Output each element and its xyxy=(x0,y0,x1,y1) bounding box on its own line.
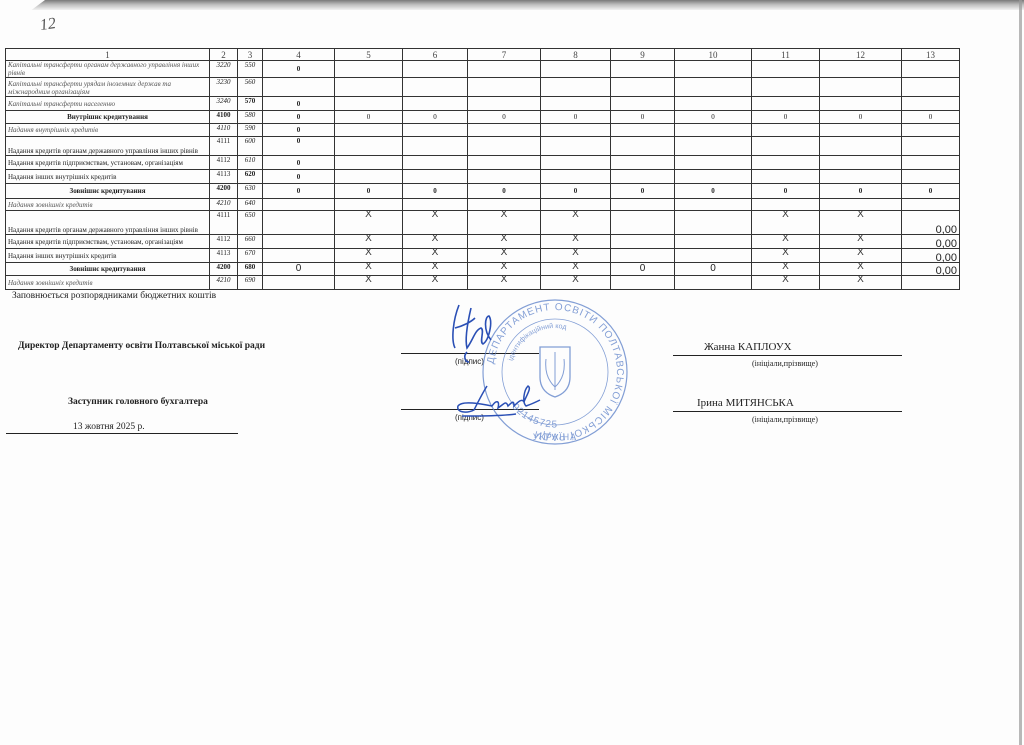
value-cell: X xyxy=(541,249,611,263)
row-label: Надання кредитів підприємствам, установа… xyxy=(6,235,210,249)
value-cell: X xyxy=(541,211,611,235)
value-cell xyxy=(675,276,752,290)
value-cell: 0 xyxy=(263,111,335,124)
table-row: Надання зовнішніх кредитів4210640 xyxy=(6,199,960,211)
value-cell: 0 xyxy=(611,184,675,199)
value-cell xyxy=(468,199,541,211)
value-cell xyxy=(335,170,403,184)
value-cell xyxy=(820,97,902,111)
value-cell xyxy=(611,97,675,111)
value-cell: 0 xyxy=(675,111,752,124)
line-code: 610 xyxy=(238,156,263,170)
table-row: Надання кредитів органам державного упра… xyxy=(6,137,960,156)
line-code: 650 xyxy=(238,211,263,235)
value-cell: X xyxy=(335,235,403,249)
row-label: Надання інших внутрішніх кредитів xyxy=(6,170,210,184)
value-cell xyxy=(263,249,335,263)
value-cell xyxy=(611,78,675,97)
value-cell: 0 xyxy=(611,263,675,276)
value-cell: X xyxy=(335,249,403,263)
row-label: Надання кредитів органам державного упра… xyxy=(6,211,210,235)
value-cell: X xyxy=(752,276,820,290)
value-cell xyxy=(675,97,752,111)
economic-code: 4112 xyxy=(210,235,238,249)
value-cell xyxy=(902,276,960,290)
line-code: 680 xyxy=(238,263,263,276)
column-header: 13 xyxy=(902,49,960,61)
value-cell: 0 xyxy=(752,184,820,199)
value-cell xyxy=(675,137,752,156)
line-code: 690 xyxy=(238,276,263,290)
value-cell: 0 xyxy=(675,184,752,199)
value-cell xyxy=(611,170,675,184)
table-row: Надання зовнішніх кредитів4210690XXXXXX xyxy=(6,276,960,290)
value-cell xyxy=(403,124,468,137)
row-label: Надання кредитів органам державного упра… xyxy=(6,137,210,156)
value-cell xyxy=(675,170,752,184)
svg-text:УКРАЇНА: УКРАЇНА xyxy=(533,432,577,442)
value-cell xyxy=(675,124,752,137)
row-label: Капітальні трансферти населенню xyxy=(6,97,210,111)
line-code: 600 xyxy=(238,137,263,156)
value-cell xyxy=(820,199,902,211)
value-cell xyxy=(468,78,541,97)
value-cell xyxy=(675,249,752,263)
value-cell xyxy=(335,137,403,156)
value-cell xyxy=(902,61,960,78)
value-cell xyxy=(403,61,468,78)
value-cell: X xyxy=(468,263,541,276)
value-cell: X xyxy=(541,263,611,276)
column-header: 12 xyxy=(820,49,902,61)
value-cell xyxy=(611,235,675,249)
value-cell: X xyxy=(541,235,611,249)
value-cell xyxy=(611,276,675,290)
table-row: Надання кредитів підприємствам, установа… xyxy=(6,156,960,170)
value-cell xyxy=(468,61,541,78)
line-code: 620 xyxy=(238,170,263,184)
column-header: 10 xyxy=(675,49,752,61)
value-cell xyxy=(675,235,752,249)
value-cell xyxy=(263,276,335,290)
row-label: Зовнішнє кредитування xyxy=(6,184,210,199)
value-cell: X xyxy=(752,211,820,235)
value-cell: 0 xyxy=(263,263,335,276)
director-name-caption: (ініціали,прізвище) xyxy=(752,359,818,368)
table-row: Капітальні трансферти урядам іноземних д… xyxy=(6,78,960,97)
value-cell xyxy=(675,61,752,78)
value-cell: X xyxy=(468,211,541,235)
footnote: Заповнюється розпорядниками бюджетних ко… xyxy=(12,291,216,301)
value-cell xyxy=(902,170,960,184)
value-cell xyxy=(820,137,902,156)
value-cell xyxy=(752,124,820,137)
value-cell: X xyxy=(403,249,468,263)
deputy-name-caption: (ініціали,прізвище) xyxy=(752,415,818,424)
value-cell xyxy=(541,97,611,111)
value-cell xyxy=(611,211,675,235)
economic-code: 4110 xyxy=(210,124,238,137)
value-cell xyxy=(468,97,541,111)
value-cell xyxy=(902,124,960,137)
value-cell: 0 xyxy=(902,111,960,124)
value-cell: 0,00 xyxy=(902,235,960,249)
value-cell: X xyxy=(403,263,468,276)
value-cell: 0 xyxy=(263,124,335,137)
value-cell xyxy=(752,156,820,170)
value-cell: X xyxy=(752,249,820,263)
table-row: Надання кредитів підприємствам, установа… xyxy=(6,235,960,249)
row-label: Надання зовнішніх кредитів xyxy=(6,199,210,211)
value-cell xyxy=(541,78,611,97)
value-cell: 0 xyxy=(335,111,403,124)
value-cell xyxy=(403,97,468,111)
table-row: Капітальні трансферти органам державного… xyxy=(6,61,960,78)
value-cell: 0 xyxy=(263,184,335,199)
economic-code: 4200 xyxy=(210,184,238,199)
value-cell xyxy=(611,156,675,170)
economic-code: 4111 xyxy=(210,211,238,235)
line-code: 560 xyxy=(238,78,263,97)
row-label: Капітальні трансферти органам державного… xyxy=(6,61,210,78)
value-cell xyxy=(752,170,820,184)
value-cell: X xyxy=(820,211,902,235)
value-cell xyxy=(752,97,820,111)
value-cell xyxy=(541,170,611,184)
value-cell xyxy=(403,199,468,211)
document-date: 13 жовтня 2025 р. xyxy=(73,422,145,432)
line-code: 660 xyxy=(238,235,263,249)
page-edge xyxy=(1019,0,1022,745)
value-cell: 0 xyxy=(541,111,611,124)
value-cell: X xyxy=(335,276,403,290)
value-cell: 0 xyxy=(468,184,541,199)
date-underline xyxy=(6,433,238,434)
economic-code: 4100 xyxy=(210,111,238,124)
value-cell xyxy=(820,124,902,137)
value-cell xyxy=(263,211,335,235)
value-cell xyxy=(902,78,960,97)
row-label: Надання інших внутрішніх кредитів xyxy=(6,249,210,263)
column-header: 11 xyxy=(752,49,820,61)
value-cell xyxy=(468,156,541,170)
director-signature xyxy=(445,300,505,365)
deputy-signature xyxy=(452,382,547,420)
line-code: 670 xyxy=(238,249,263,263)
value-cell xyxy=(403,170,468,184)
economic-code: 4111 xyxy=(210,137,238,156)
line-code: 590 xyxy=(238,124,263,137)
economic-code: 4210 xyxy=(210,276,238,290)
value-cell xyxy=(541,61,611,78)
value-cell xyxy=(902,137,960,156)
value-cell: 0 xyxy=(611,111,675,124)
value-cell xyxy=(752,137,820,156)
line-code: 550 xyxy=(238,61,263,78)
line-code: 580 xyxy=(238,111,263,124)
value-cell xyxy=(263,235,335,249)
value-cell xyxy=(403,156,468,170)
line-code: 640 xyxy=(238,199,263,211)
value-cell xyxy=(611,61,675,78)
economic-code: 3240 xyxy=(210,97,238,111)
value-cell: X xyxy=(468,249,541,263)
value-cell: 0 xyxy=(902,184,960,199)
director-position: Директор Департаменту освіти Полтавської… xyxy=(18,341,265,351)
table-row: Зовнішнє кредитування42006800XXXX00XX0,0… xyxy=(6,263,960,276)
value-cell: 0 xyxy=(541,184,611,199)
row-label: Надання внутрішніх кредитів xyxy=(6,124,210,137)
column-header: 5 xyxy=(335,49,403,61)
value-cell xyxy=(820,170,902,184)
value-cell: X xyxy=(820,276,902,290)
row-label: Внутрішнє кредитування xyxy=(6,111,210,124)
director-name-line xyxy=(673,355,902,356)
director-name: Жанна КАПЛОУХ xyxy=(704,341,792,353)
column-header: 1 xyxy=(6,49,210,61)
value-cell xyxy=(335,199,403,211)
value-cell: 0 xyxy=(335,184,403,199)
line-code: 570 xyxy=(238,97,263,111)
scan-shadow xyxy=(0,0,1024,10)
value-cell: X xyxy=(820,263,902,276)
economic-code: 3230 xyxy=(210,78,238,97)
table-row: Внутрішнє кредитування41005800000000000 xyxy=(6,111,960,124)
value-cell xyxy=(752,61,820,78)
value-cell xyxy=(335,61,403,78)
value-cell xyxy=(611,249,675,263)
value-cell xyxy=(820,156,902,170)
value-cell xyxy=(263,78,335,97)
economic-code: 4200 xyxy=(210,263,238,276)
value-cell: X xyxy=(820,249,902,263)
table-row: Капітальні трансферти населенню32405700 xyxy=(6,97,960,111)
value-cell xyxy=(752,78,820,97)
value-cell xyxy=(335,97,403,111)
column-header: 9 xyxy=(611,49,675,61)
value-cell xyxy=(335,78,403,97)
table-row: Зовнішнє кредитування42006300000000000 xyxy=(6,184,960,199)
economic-code: 4112 xyxy=(210,156,238,170)
table-row: Надання внутрішніх кредитів41105900 xyxy=(6,124,960,137)
value-cell: 0 xyxy=(403,111,468,124)
value-cell xyxy=(675,78,752,97)
value-cell: 0 xyxy=(820,111,902,124)
value-cell: 0 xyxy=(752,111,820,124)
economic-code: 4210 xyxy=(210,199,238,211)
value-cell xyxy=(752,199,820,211)
deputy-name-line xyxy=(673,411,902,412)
value-cell: 0 xyxy=(468,111,541,124)
value-cell xyxy=(611,199,675,211)
value-cell: X xyxy=(403,211,468,235)
value-cell xyxy=(541,156,611,170)
value-cell xyxy=(611,124,675,137)
value-cell: X xyxy=(468,276,541,290)
value-cell xyxy=(541,137,611,156)
deputy-accountant-position: Заступник головного бухгалтера xyxy=(68,397,208,407)
value-cell xyxy=(468,137,541,156)
column-header: 3 xyxy=(238,49,263,61)
value-cell: 0 xyxy=(263,97,335,111)
value-cell xyxy=(820,78,902,97)
value-cell xyxy=(335,156,403,170)
value-cell: 0,00 xyxy=(902,249,960,263)
value-cell xyxy=(541,124,611,137)
table-row: Надання інших внутрішніх кредитів4113620… xyxy=(6,170,960,184)
credit-table: 12345678910111213Капітальні трансферти о… xyxy=(5,48,960,290)
value-cell: X xyxy=(752,235,820,249)
value-cell xyxy=(675,199,752,211)
row-label: Капітальні трансферти урядам іноземних д… xyxy=(6,78,210,97)
value-cell xyxy=(675,211,752,235)
deputy-name: Ірина МИТЯНСЬКА xyxy=(697,397,794,409)
value-cell xyxy=(675,156,752,170)
value-cell: X xyxy=(335,263,403,276)
value-cell xyxy=(335,124,403,137)
value-cell xyxy=(263,199,335,211)
value-cell: 0 xyxy=(263,61,335,78)
value-cell: 0 xyxy=(675,263,752,276)
value-cell: X xyxy=(541,276,611,290)
row-label: Зовнішнє кредитування xyxy=(6,263,210,276)
value-cell: 0,00 xyxy=(902,211,960,235)
value-cell: X xyxy=(468,235,541,249)
value-cell: X xyxy=(403,276,468,290)
economic-code: 4113 xyxy=(210,249,238,263)
value-cell xyxy=(820,61,902,78)
column-header: 7 xyxy=(468,49,541,61)
handwritten-page-mark: 12 xyxy=(39,15,57,35)
value-cell xyxy=(468,124,541,137)
value-cell: X xyxy=(752,263,820,276)
row-label: Надання кредитів підприємствам, установа… xyxy=(6,156,210,170)
value-cell: X xyxy=(403,235,468,249)
value-cell xyxy=(541,199,611,211)
table-header-row: 12345678910111213 xyxy=(6,49,960,61)
row-label: Надання зовнішніх кредитів xyxy=(6,276,210,290)
value-cell xyxy=(902,199,960,211)
value-cell: 0 xyxy=(263,156,335,170)
column-header: 6 xyxy=(403,49,468,61)
column-header: 4 xyxy=(263,49,335,61)
value-cell: 0 xyxy=(820,184,902,199)
value-cell: 0 xyxy=(263,170,335,184)
line-code: 630 xyxy=(238,184,263,199)
value-cell: 0 xyxy=(403,184,468,199)
column-header: 2 xyxy=(210,49,238,61)
value-cell: 0 xyxy=(263,137,335,156)
economic-code: 3220 xyxy=(210,61,238,78)
table-row: Надання кредитів органам державного упра… xyxy=(6,211,960,235)
value-cell xyxy=(403,137,468,156)
value-cell xyxy=(611,137,675,156)
value-cell xyxy=(403,78,468,97)
value-cell xyxy=(902,97,960,111)
value-cell xyxy=(902,156,960,170)
value-cell: X xyxy=(820,235,902,249)
value-cell: X xyxy=(335,211,403,235)
column-header: 8 xyxy=(541,49,611,61)
value-cell: 0,00 xyxy=(902,263,960,276)
economic-code: 4113 xyxy=(210,170,238,184)
value-cell xyxy=(468,170,541,184)
table-row: Надання інших внутрішніх кредитів4113670… xyxy=(6,249,960,263)
